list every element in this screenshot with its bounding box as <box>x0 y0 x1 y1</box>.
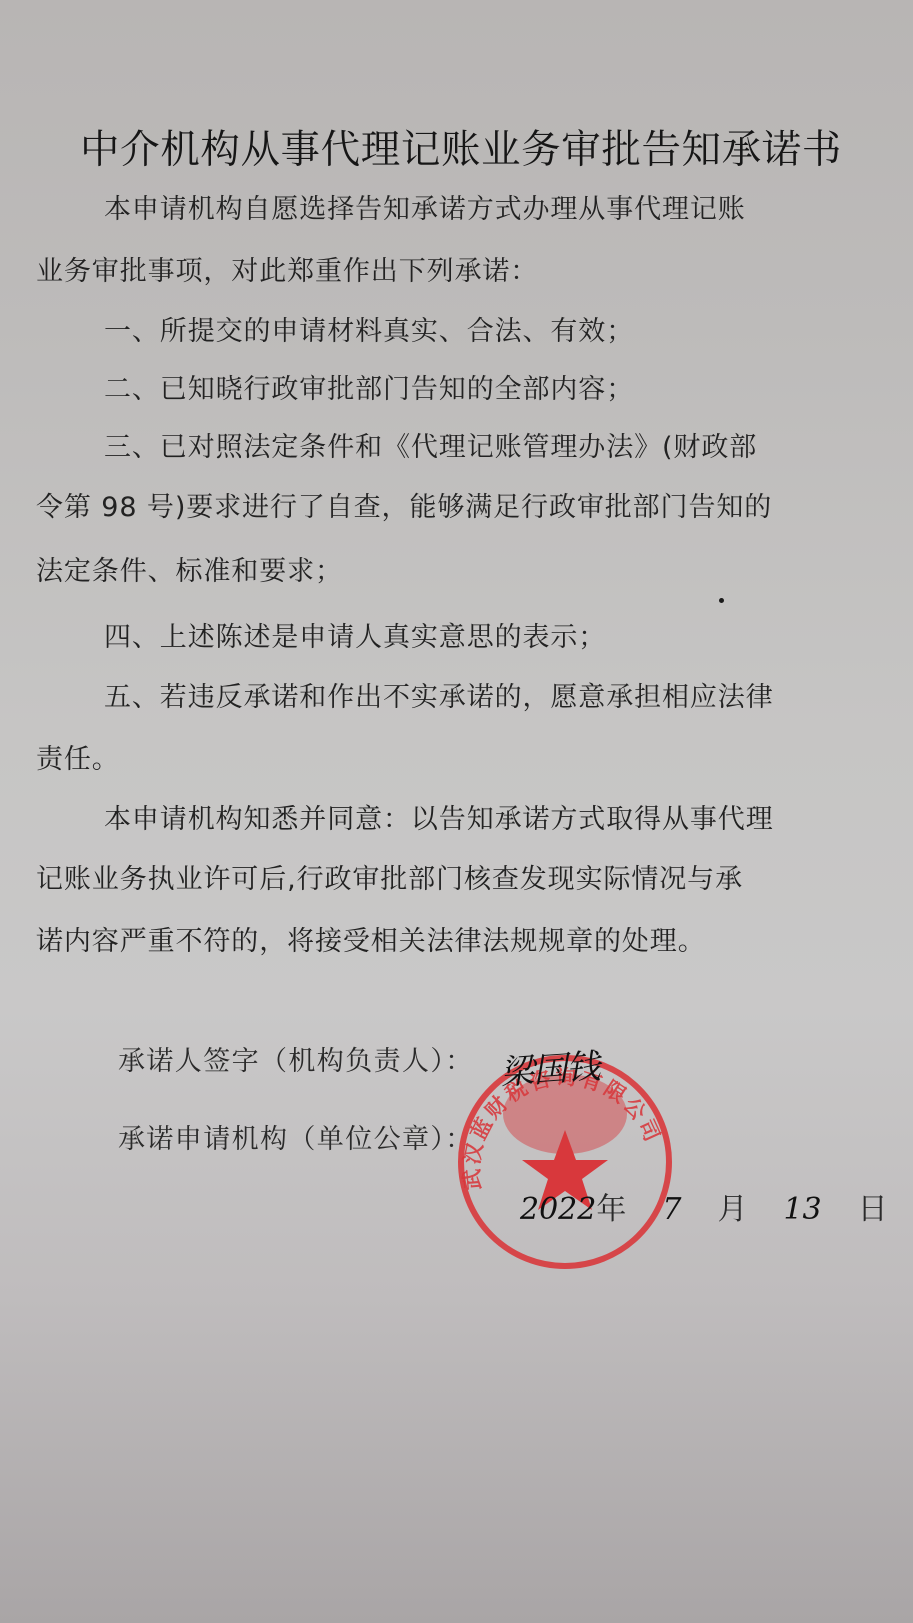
seal-label: 承诺申请机构（单位公章）： <box>118 1120 474 1160</box>
acknowledgement-line-2: 记账业务执业许可后,行政审批部门核查发现实际情况与承 <box>36 860 743 900</box>
document-title: 中介机构从事代理记账业务审批告知承诺书 <box>36 122 886 178</box>
commitment-item-2: 二、已知晓行政审批部门告知的全部内容； <box>104 370 634 410</box>
date-line: 2022年7月13日 <box>520 1188 888 1232</box>
paragraph-intro-line-1: 本申请机构自愿选择告知承诺方式办理从事代理记账 <box>104 190 746 230</box>
date-day: 13 <box>783 1192 821 1227</box>
commitment-item-4: 四、上述陈述是申请人真实意思的表示； <box>104 618 606 658</box>
commitment-item-5-line-2: 责任。 <box>36 740 120 780</box>
date-month-unit: 月 <box>717 1192 747 1227</box>
commitment-item-3-line-3: 法定条件、标准和要求； <box>36 552 343 592</box>
date-year: 2022 <box>520 1192 596 1227</box>
commitment-item-3-line-2: 令第 98 号)要求进行了自查，能够满足行政审批部门告知的 <box>36 488 772 528</box>
handwritten-signature: 梁国钱 <box>498 1039 600 1095</box>
document-page: 中介机构从事代理记账业务审批告知承诺书 本申请机构自愿选择告知承诺方式办理从事代… <box>0 0 913 1623</box>
commitment-item-1: 一、所提交的申请材料真实、合法、有效； <box>104 312 634 352</box>
paragraph-intro-line-2: 业务审批事项，对此郑重作出下列承诺： <box>36 252 538 292</box>
acknowledgement-line-1: 本申请机构知悉并同意：以告知承诺方式取得从事代理 <box>104 800 774 840</box>
date-month: 7 <box>662 1192 681 1227</box>
commitment-item-5-line-1: 五、若违反承诺和作出不实承诺的，愿意承担相应法律 <box>104 678 774 718</box>
acknowledgement-line-3: 诺内容严重不符的，将接受相关法律法规规章的处理。 <box>36 922 706 962</box>
signature-label: 承诺人签字（机构负责人）： <box>118 1042 474 1082</box>
commitment-item-3-line-1: 三、已对照法定条件和《代理记账管理办法》(财政部 <box>104 428 757 468</box>
date-day-unit: 日 <box>858 1192 888 1227</box>
ink-dot <box>719 598 724 603</box>
date-year-unit: 年 <box>596 1192 626 1227</box>
